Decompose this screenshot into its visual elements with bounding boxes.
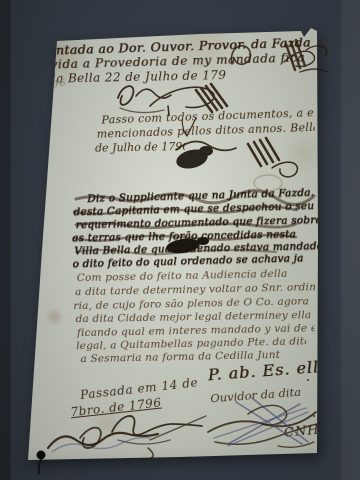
final-rubric-text: CNH.: [283, 422, 324, 441]
manuscript-paper: Juntada ao Dor. Ouvor. Provor. da Fazda.…: [0, 0, 360, 480]
official-subscription-line: Ouvidor da dita: [210, 383, 323, 405]
paper-shadow: Juntada ao Dor. Ouvor. Provor. da Fazda.…: [0, 0, 360, 480]
ink-layer: Juntada ao Dor. Ouvor. Provor. da Fazda.…: [0, 0, 360, 480]
archivist-pencil-note: 22-1-96: [21, 77, 68, 96]
attestation-line: de Julho de 1796.: [95, 140, 185, 155]
manuscript-photo: Juntada ao Dor. Ouvor. Provor. da Fazda.…: [0, 0, 360, 480]
